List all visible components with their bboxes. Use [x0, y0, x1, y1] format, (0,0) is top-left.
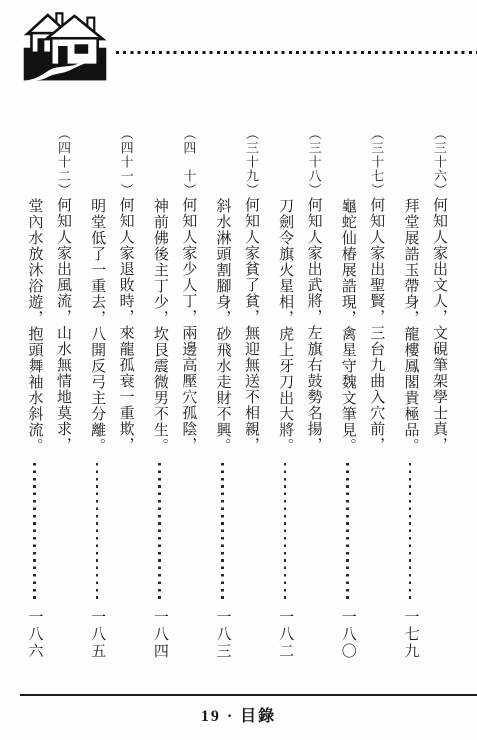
entry-number: （四十一） — [119, 127, 134, 197]
entry-second-line: 龜蛇仙椿展誥現，禽星守魏文筆見。 一八〇 — [333, 127, 362, 660]
entry-second-line: 堂內水放沐浴遊，抱頭舞袖水斜流。 一八六 — [20, 127, 49, 660]
entry-line2-text: 刀劍令旗火星相，虎上牙刀出大將。 — [271, 198, 300, 454]
entry-page-number: 一八〇 — [333, 609, 362, 660]
entry-line2-text: 堂內水放沐浴遊，抱頭舞袖水斜流。 — [20, 198, 49, 454]
entry-number: （三十六） — [432, 127, 447, 197]
toc-entry: （三十九）何知人家貧了貧，無迎無送不相親， 斜水淋頭割腳身，砂飛水走財不興。 一… — [208, 127, 265, 660]
entry-second-line: 拜堂展誥玉帶身，龍樓鳳閣貴極品。 一七九 — [396, 127, 425, 660]
entry-page-number: 一八四 — [145, 609, 174, 660]
entry-number: （四十二） — [56, 127, 71, 197]
toc-entry: （四十二）何知人家出風流，山水無情地莫求， 堂內水放沐浴遊，抱頭舞袖水斜流。 一… — [20, 127, 77, 660]
dotted-leader — [221, 463, 224, 600]
toc-entry: （三十八）何知人家出武將，左旗右鼓勢名揚， 刀劍令旗火星相，虎上牙刀出大將。 一… — [271, 127, 328, 660]
toc-entry: （四 十）何知人家少人丁，兩邊高壓穴孤陰， 神前佛後主丁少，坎艮震微男不生。 一… — [145, 127, 202, 660]
entry-line1-text: 何知人家出武將，左旗右鼓勢名揚， — [306, 197, 322, 453]
entry-first-line: （四十一）何知人家退敗時，來龍孤衰一重欺， — [111, 127, 140, 660]
header-dotted-rule — [116, 51, 477, 55]
entry-line1-text: 何知人家出文人，文硯筆架學士真， — [431, 197, 447, 453]
entry-first-line: （四 十）何知人家少人丁，兩邊高壓穴孤陰， — [174, 127, 203, 660]
toc-page: （三十六）何知人家出文人，文硯筆架學士真， 拜堂展誥玉帶身，龍樓鳳閣貴極品。 一… — [0, 0, 477, 740]
dotted-leader — [33, 463, 36, 600]
entry-number: （三十七） — [369, 127, 384, 197]
dotted-leader — [284, 463, 287, 600]
toc-list: （三十六）何知人家出文人，文硯筆架學士真， 拜堂展誥玉帶身，龍樓鳳閣貴極品。 一… — [20, 127, 453, 660]
footer-page-label: 19 · 目錄 — [0, 703, 477, 726]
dotted-leader — [158, 463, 161, 600]
entry-line2-text: 明堂低了一重去，八開反弓主分離。 — [83, 198, 112, 454]
entry-line1-text: 何知人家出聖賢，三台九曲入穴前， — [368, 197, 384, 453]
entry-line1-text: 何知人家少人丁，兩邊高壓穴孤陰， — [180, 197, 196, 453]
entry-page-number: 一八三 — [208, 609, 237, 660]
toc-entry: （四十一）何知人家退敗時，來龍孤衰一重欺， 明堂低了一重去，八開反弓主分離。 一… — [83, 127, 140, 660]
entry-page-number: 一八五 — [83, 609, 112, 660]
entry-first-line: （三十七）何知人家出聖賢，三台九曲入穴前， — [362, 127, 391, 660]
entry-line2-text: 拜堂展誥玉帶身，龍樓鳳閣貴極品。 — [396, 198, 425, 454]
entry-number: （三十八） — [307, 127, 322, 197]
entry-line1-text: 何知人家貧了貧，無迎無送不相親， — [243, 197, 259, 453]
entry-second-line: 明堂低了一重去，八開反弓主分離。 一八五 — [83, 127, 112, 660]
entry-second-line: 斜水淋頭割腳身，砂飛水走財不興。 一八三 — [208, 127, 237, 660]
entry-number: （四 十） — [181, 127, 196, 197]
entry-first-line: （四十二）何知人家出風流，山水無情地莫求， — [49, 127, 78, 660]
entry-page-number: 一八六 — [20, 609, 49, 660]
entry-line1-text: 何知人家退敗時，來龍孤衰一重欺， — [118, 197, 134, 453]
entry-line2-text: 龜蛇仙椿展誥現，禽星守魏文筆見。 — [333, 198, 362, 454]
dotted-leader — [96, 463, 99, 600]
entry-first-line: （三十六）何知人家出文人，文硯筆架學士真， — [424, 127, 453, 660]
entry-number: （三十九） — [244, 127, 259, 197]
entry-first-line: （三十九）何知人家貧了貧，無迎無送不相親， — [236, 127, 265, 660]
entry-first-line: （三十八）何知人家出武將，左旗右鼓勢名揚， — [299, 127, 328, 660]
footer-rule — [20, 694, 477, 696]
entry-line2-text: 斜水淋頭割腳身，砂飛水走財不興。 — [208, 198, 237, 454]
entry-line1-text: 何知人家出風流，山水無情地莫求， — [55, 197, 71, 453]
entry-second-line: 神前佛後主丁少，坎艮震微男不生。 一八四 — [145, 127, 174, 660]
toc-entry: （三十六）何知人家出文人，文硯筆架學士真， 拜堂展誥玉帶身，龍樓鳳閣貴極品。 一… — [396, 127, 453, 660]
dotted-leader — [346, 463, 349, 600]
toc-entry: （三十七）何知人家出聖賢，三台九曲入穴前， 龜蛇仙椿展誥現，禽星守魏文筆見。 一… — [333, 127, 390, 660]
entry-page-number: 一七九 — [396, 609, 425, 660]
entry-second-line: 刀劍令旗火星相，虎上牙刀出大將。 一八二 — [271, 127, 300, 660]
entry-page-number: 一八二 — [271, 609, 300, 660]
entry-line2-text: 神前佛後主丁少，坎艮震微男不生。 — [145, 198, 174, 454]
publisher-houses-logo-icon — [22, 8, 108, 84]
dotted-leader — [409, 463, 412, 600]
